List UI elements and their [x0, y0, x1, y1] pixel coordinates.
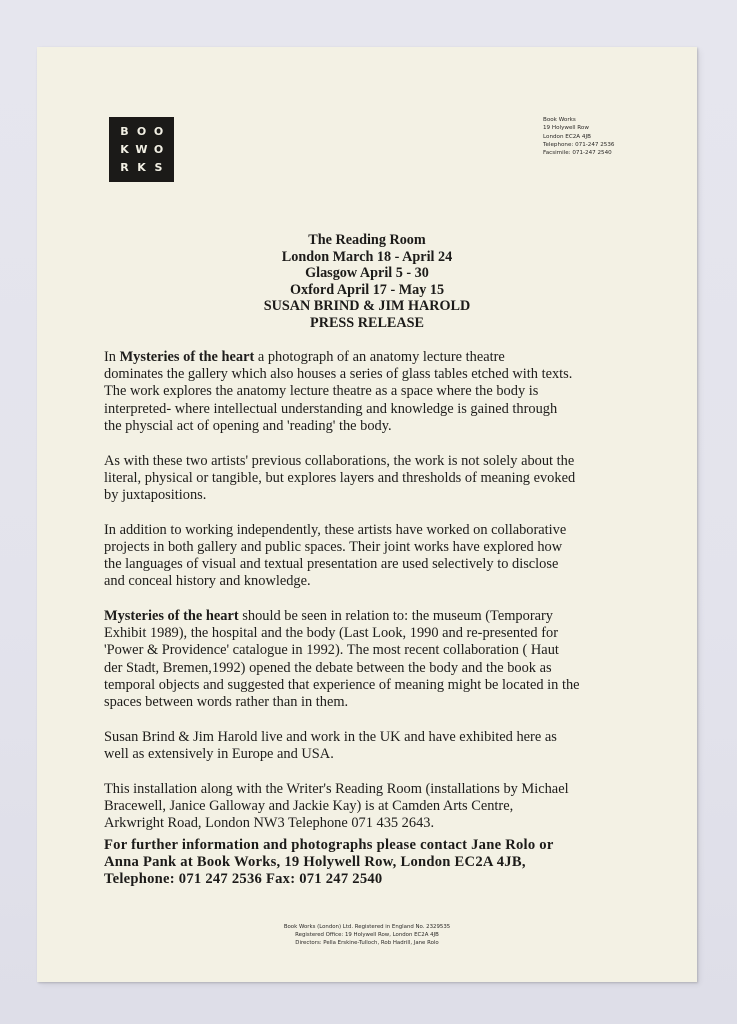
address-telephone: Telephone: 071-247 2536 — [543, 141, 614, 149]
press-release-sheet: B O O K W O R K S Book Works 19 Holywell… — [37, 47, 697, 982]
heading-title: The Reading Room — [37, 232, 697, 249]
text-line: projects in both gallery and public spac… — [104, 539, 644, 556]
footer-registration: Book Works (London) Ltd. Registered in E… — [37, 923, 697, 931]
text-fragment: In — [104, 349, 120, 365]
text-line: 'Power & Providence' catalogue in 1992).… — [104, 642, 644, 659]
paragraph-independent-work: In addition to working independently, th… — [104, 522, 644, 591]
text-line: spaces between words rather than in them… — [104, 694, 644, 711]
text-line: Susan Brind & Jim Harold live and work i… — [104, 729, 644, 746]
heading-oxford-dates: Oxford April 17 - May 15 — [37, 282, 697, 299]
contact-phone-fax: Telephone: 071 247 2536 Fax: 071 247 254… — [104, 871, 554, 888]
company-footer: Book Works (London) Ltd. Registered in E… — [37, 923, 697, 947]
contact-information: For further information and photographs … — [104, 837, 554, 889]
footer-registered-office: Registered Office: 19 Holywell Row, Lond… — [37, 931, 697, 939]
text-line: the languages of visual and textual pres… — [104, 556, 644, 573]
heading-glasgow-dates: Glasgow April 5 - 30 — [37, 265, 697, 282]
text-line: interpreted- where intellectual understa… — [104, 401, 644, 418]
text-line: der Stadt, Bremen,1992) opened the debat… — [104, 660, 644, 677]
contact-line: Anna Pank at Book Works, 19 Holywell Row… — [104, 854, 554, 871]
heading-press-release: PRESS RELEASE — [37, 315, 697, 332]
text-line: The work explores the anatomy lecture th… — [104, 383, 644, 400]
text-line: literal, physical or tangible, but explo… — [104, 470, 644, 487]
logo-letter: K — [116, 141, 133, 159]
text-line: In addition to working independently, th… — [104, 522, 644, 539]
text-line: and conceal history and knowledge. — [104, 573, 644, 590]
logo-letter: O — [150, 123, 167, 141]
text-line: As with these two artists' previous coll… — [104, 453, 644, 470]
text-fragment: a photograph of an anatomy lecture theat… — [254, 349, 505, 365]
footer-directors: Directors: Pella Erskine-Tulloch, Rob Ha… — [37, 939, 697, 947]
paragraph-venue: This installation along with the Writer'… — [104, 781, 644, 833]
logo-letter: S — [150, 158, 167, 176]
heading-artists: SUSAN BRIND & JIM HAROLD — [37, 298, 697, 315]
text-line: Bracewell, Janice Galloway and Jackie Ka… — [104, 798, 644, 815]
logo-letter: B — [116, 123, 133, 141]
paragraph-context: Mysteries of the heart should be seen in… — [104, 608, 644, 711]
logo-letter: O — [133, 123, 150, 141]
text-line: dominates the gallery which also houses … — [104, 366, 644, 383]
work-title: Mysteries of the heart — [104, 608, 239, 624]
address-line: London EC2A 4JB — [543, 133, 614, 141]
text-line: by juxtapositions. — [104, 487, 644, 504]
address-line: Book Works — [543, 116, 614, 124]
heading-london-dates: London March 18 - April 24 — [37, 249, 697, 266]
text-line: This installation along with the Writer'… — [104, 781, 644, 798]
text-fragment: should be seen in relation to: the museu… — [239, 608, 553, 624]
text-line: well as extensively in Europe and USA. — [104, 746, 644, 763]
paragraph-artists-bio: Susan Brind & Jim Harold live and work i… — [104, 729, 644, 763]
text-line: the physcial act of opening and 'reading… — [104, 418, 644, 435]
text-line: Exhibit 1989), the hospital and the body… — [104, 625, 644, 642]
paragraph-intro: In Mysteries of the heart a photograph o… — [104, 349, 644, 435]
logo-letter: W — [133, 141, 150, 159]
release-heading: The Reading Room London March 18 - April… — [37, 232, 697, 332]
logo-letter: R — [116, 158, 133, 176]
bookworks-logo: B O O K W O R K S — [109, 117, 174, 182]
paragraph-collaborations: As with these two artists' previous coll… — [104, 453, 644, 505]
address-facsimile: Facsimile: 071-247 2540 — [543, 149, 614, 157]
contact-line: For further information and photographs … — [104, 837, 554, 854]
address-line: 19 Holywell Row — [543, 124, 614, 132]
work-title: Mysteries of the heart — [120, 349, 255, 365]
logo-letter: K — [133, 158, 150, 176]
logo-letter: O — [150, 141, 167, 159]
letterhead-address: Book Works 19 Holywell Row London EC2A 4… — [543, 116, 614, 157]
release-body: In Mysteries of the heart a photograph o… — [104, 349, 644, 850]
text-line: temporal objects and suggested that expe… — [104, 677, 644, 694]
text-line: Arkwright Road, London NW3 Telephone 071… — [104, 815, 644, 832]
